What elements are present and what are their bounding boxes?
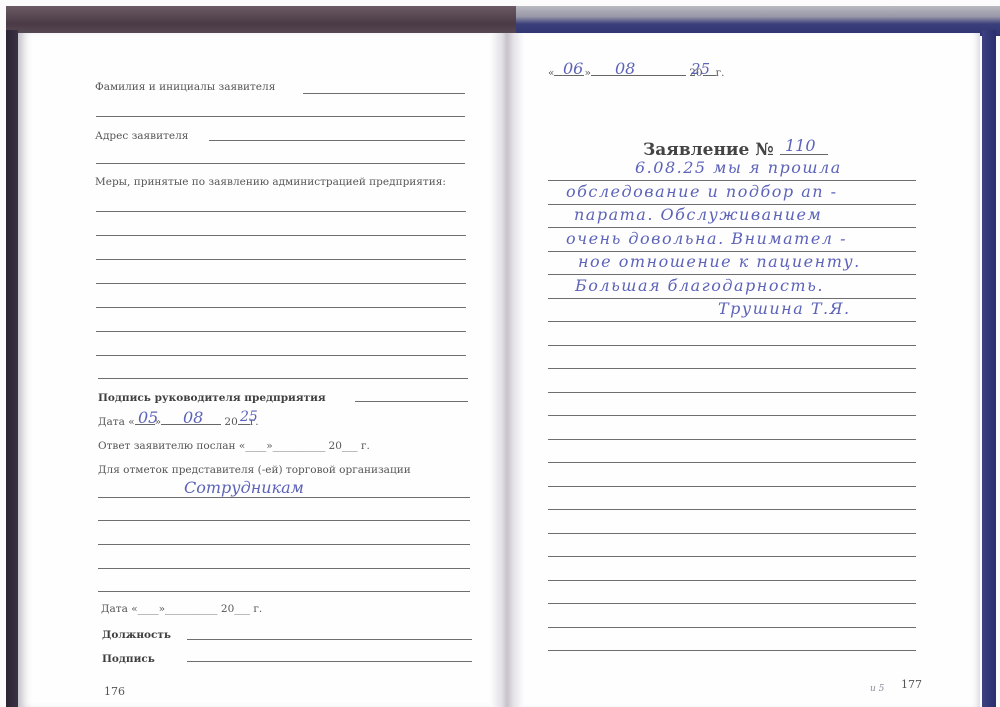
rep-notes-label: Для отметок представителя (-ей) торговой… [98, 464, 411, 476]
ruled-line [98, 591, 470, 592]
handwritten-date-month: 08 [183, 408, 203, 427]
left-page [18, 33, 510, 707]
handwritten-line: Трушина Т.Я. [718, 299, 851, 318]
page-number-left: 176 [104, 685, 125, 698]
ruled-line [98, 568, 470, 569]
ruled-line [548, 556, 916, 557]
handwritten-line: ное отношение к пациенту. [578, 252, 861, 271]
ruled-line [548, 439, 916, 440]
ruled-line [548, 627, 916, 628]
ruled-line [548, 392, 916, 393]
ruled-line [548, 345, 916, 346]
applicant-address-field-line2 [96, 163, 465, 164]
ruled-line [98, 544, 470, 545]
handwritten-line: Большая благодарность. [575, 276, 824, 295]
book-cover-edge [6, 30, 18, 707]
manager-signature-field [355, 401, 468, 402]
ruled-line [548, 650, 916, 651]
handwritten-line: очень довольна. Внимател - [566, 229, 847, 248]
ruled-line [548, 415, 916, 416]
ruled-line [98, 520, 470, 521]
signature-label: Подпись [102, 653, 155, 665]
book-gutter [490, 33, 524, 707]
handwritten-statement-year: 25 [691, 60, 710, 78]
handwritten-date-day: 05 [138, 408, 158, 427]
ruled-line [548, 603, 916, 604]
handwritten-date-year: 25 [240, 409, 258, 425]
ruled-line [548, 580, 916, 581]
ruled-line [548, 368, 916, 369]
handwritten-statement-day: 06 [563, 59, 583, 78]
ruled-line [96, 211, 466, 212]
book-cover-edge [6, 6, 516, 36]
page-mark: и 5 [870, 684, 884, 694]
right-page [512, 33, 980, 707]
signature-field [187, 661, 472, 662]
handwritten-line: 6.08.25 мы я прошла [635, 158, 842, 177]
applicant-name-label: Фамилия и инициалы заявителя [95, 81, 275, 93]
handwritten-statement-month: 08 [615, 59, 635, 78]
measures-last-line [98, 378, 468, 379]
ruled-line [548, 321, 916, 322]
applicant-address-field [209, 140, 465, 141]
handwritten-statement-number: 110 [785, 136, 816, 155]
handwritten-line: парата. Обслуживанием [574, 205, 822, 224]
ruled-line [548, 486, 916, 487]
manager-signature-label: Подпись руководителя предприятия [98, 392, 326, 404]
ruled-line [96, 283, 466, 284]
manager-date-row: Дата «» 20г. [98, 416, 259, 428]
date2-label: Дата «____»__________ 20___ г. [101, 603, 262, 615]
ruled-line [96, 235, 466, 236]
ruled-line [96, 331, 466, 332]
ruled-line [96, 259, 466, 260]
book-cover-edge [516, 6, 1000, 36]
measures-label: Меры, принятые по заявлению администраци… [95, 176, 446, 188]
reply-sent-label: Ответ заявителю послан «____»__________ … [98, 440, 370, 452]
handwritten-line: обследование и подбор ап - [566, 182, 838, 201]
position-field [187, 639, 472, 640]
scanned-book-spread: Фамилия и инициалы заявителя Адрес заяви… [0, 0, 1000, 707]
ruled-line [548, 462, 916, 463]
applicant-name-field [303, 93, 465, 94]
ruled-line [96, 307, 466, 308]
applicant-address-label: Адрес заявителя [95, 130, 188, 142]
ruled-line [548, 509, 916, 510]
handwritten-rep-note: Сотрудникам [184, 478, 304, 497]
ruled-line [548, 533, 916, 534]
ruled-line [96, 355, 466, 356]
page-number-right: 177 [901, 678, 922, 691]
date-label: Дата [98, 416, 125, 428]
ruled-line [98, 497, 470, 498]
position-label: Должность [102, 629, 171, 641]
applicant-name-field-line2 [96, 116, 465, 117]
book-cover-edge [982, 30, 996, 707]
